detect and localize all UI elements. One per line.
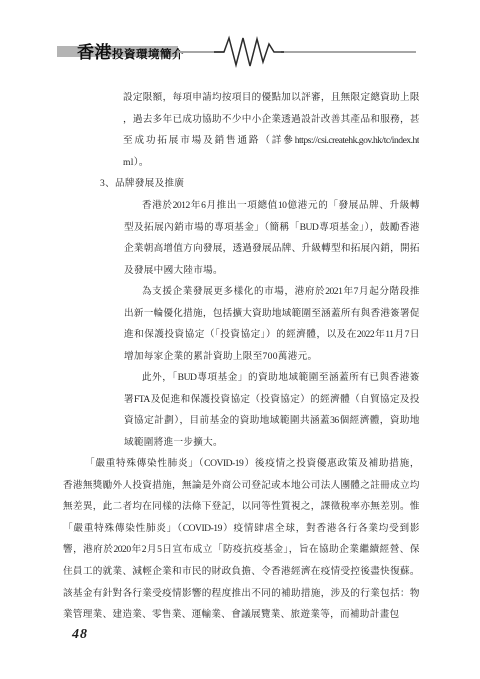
text-line: 企業朝高增值方向發展，透過發展品牌、升級轉型和拓展內銷，開拓 [124,238,419,260]
document-page: 香港投資環境簡介 設定限額，每項申請均按項目的優點加以評審，且無限定總資助上限 … [0,0,480,679]
text-line: 及發展中國大陸市場。 [124,260,419,282]
text-line: 香港於2012年6月推出一項總值10億港元的「發展品牌、升級轉 [124,195,419,217]
text-line: ，過去多年已成功協助不少中小企業透過設計改善其產品和服務，甚 [123,109,419,131]
text-line: 出新一輪優化措施，包括擴大資助地域範圍至涵蓋所有與香港簽署促 [124,303,419,325]
text-line: 至成功拓展市場及銷售通路（詳參https://csi.createhk.gov.… [123,130,419,152]
header-title-main: 香港 [77,38,112,63]
text-line: 為支援企業發展更多樣化的市場，港府於2021年7月起分階段推 [124,281,419,303]
paragraph-block-3: 為支援企業發展更多樣化的市場，港府於2021年7月起分階段推 出新一輪優化措施，… [124,281,419,367]
pulse-zigzag-icon [214,34,284,72]
text-line: 型及拓展內銷市場的專項基金」（簡稱「BUD專項基金」），鼓勵香港 [124,217,419,239]
text-line: 此外，「BUD專項基金」的資助地域範圍至涵蓋所有已與香港簽 [124,367,419,389]
page-number: 48 [72,627,88,643]
section-heading-text: 3、品牌發展及推廣 [100,173,400,195]
paragraph-block-5: 「嚴重特殊傳染性肺炎」（COVID-19）後疫情之投資優惠政策及補助措施， 香港… [63,453,419,626]
text-line: 業管理業、建造業、零售業、運輸業、會議展覽業、旅遊業等，而補助計畫包括： [63,604,419,626]
paragraph-block-4: 此外，「BUD專項基金」的資助地域範圍至涵蓋所有已與香港簽 署FTA及促進和保護… [124,367,419,453]
text-line: 署FTA及促進和保護投資協定（投資協定）的經濟體（自貿協定及投 [124,389,419,411]
text-line: 域範圍將進一步擴大。 [124,432,419,454]
text-line: 進和保護投資協定（「投資協定」）的經濟體，以及在2022年11月7日 [124,324,419,346]
paragraph-block-2: 香港於2012年6月推出一項總值10億港元的「發展品牌、升級轉 型及拓展內銷市場… [124,195,419,281]
paragraph-block-1: 設定限額，每項申請均按項目的優點加以評審，且無限定總資助上限 ，過去多年已成功協… [123,87,419,173]
text-line: 無差異，此二者均在同樣的法條下登記，以同等性質視之，課徵稅率亦無差別。惟 [63,496,419,518]
text-line: 該基金有針對各行業受疫情影響的程度推出不同的補助措施，涉及的行業包括：物 [63,583,419,605]
header-rule-right [281,51,416,53]
text-line: ml）。 [123,152,419,174]
text-line: 設定限額，每項申請均按項目的優點加以評審，且無限定總資助上限 [123,87,419,109]
text-line: 「嚴重特殊傳染性肺炎」（COVID-19）疫情肆虐全球，對香港各行各業均受到影 [63,518,419,540]
text-line: 資協定計劃），目前基金的資助地域範圍共涵蓋36個經濟體，資助地 [124,410,419,432]
text-line: 香港無獎勵外人投資措施，無論是外商公司登記或本地公司法人團體之註冊成立均 [63,475,419,497]
text-line: 「嚴重特殊傳染性肺炎」（COVID-19）後疫情之投資優惠政策及補助措施， [63,453,419,475]
section-heading: 3、品牌發展及推廣 [100,173,400,195]
text-line: 住員工的就業、減輕企業和市民的財政負擔、令香港經濟在疫情受控後盡快復蘇。 [63,561,419,583]
text-line: 增加每家企業的累計資助上限至700萬港元。 [124,346,419,368]
text-line: 響，港府於2020年2月5日宣布成立「防疫抗疫基金」，旨在協助企業繼續經營、保 [63,539,419,561]
header-title: 香港投資環境簡介 [77,38,184,63]
header-title-sub: 投資環境簡介 [112,46,184,62]
